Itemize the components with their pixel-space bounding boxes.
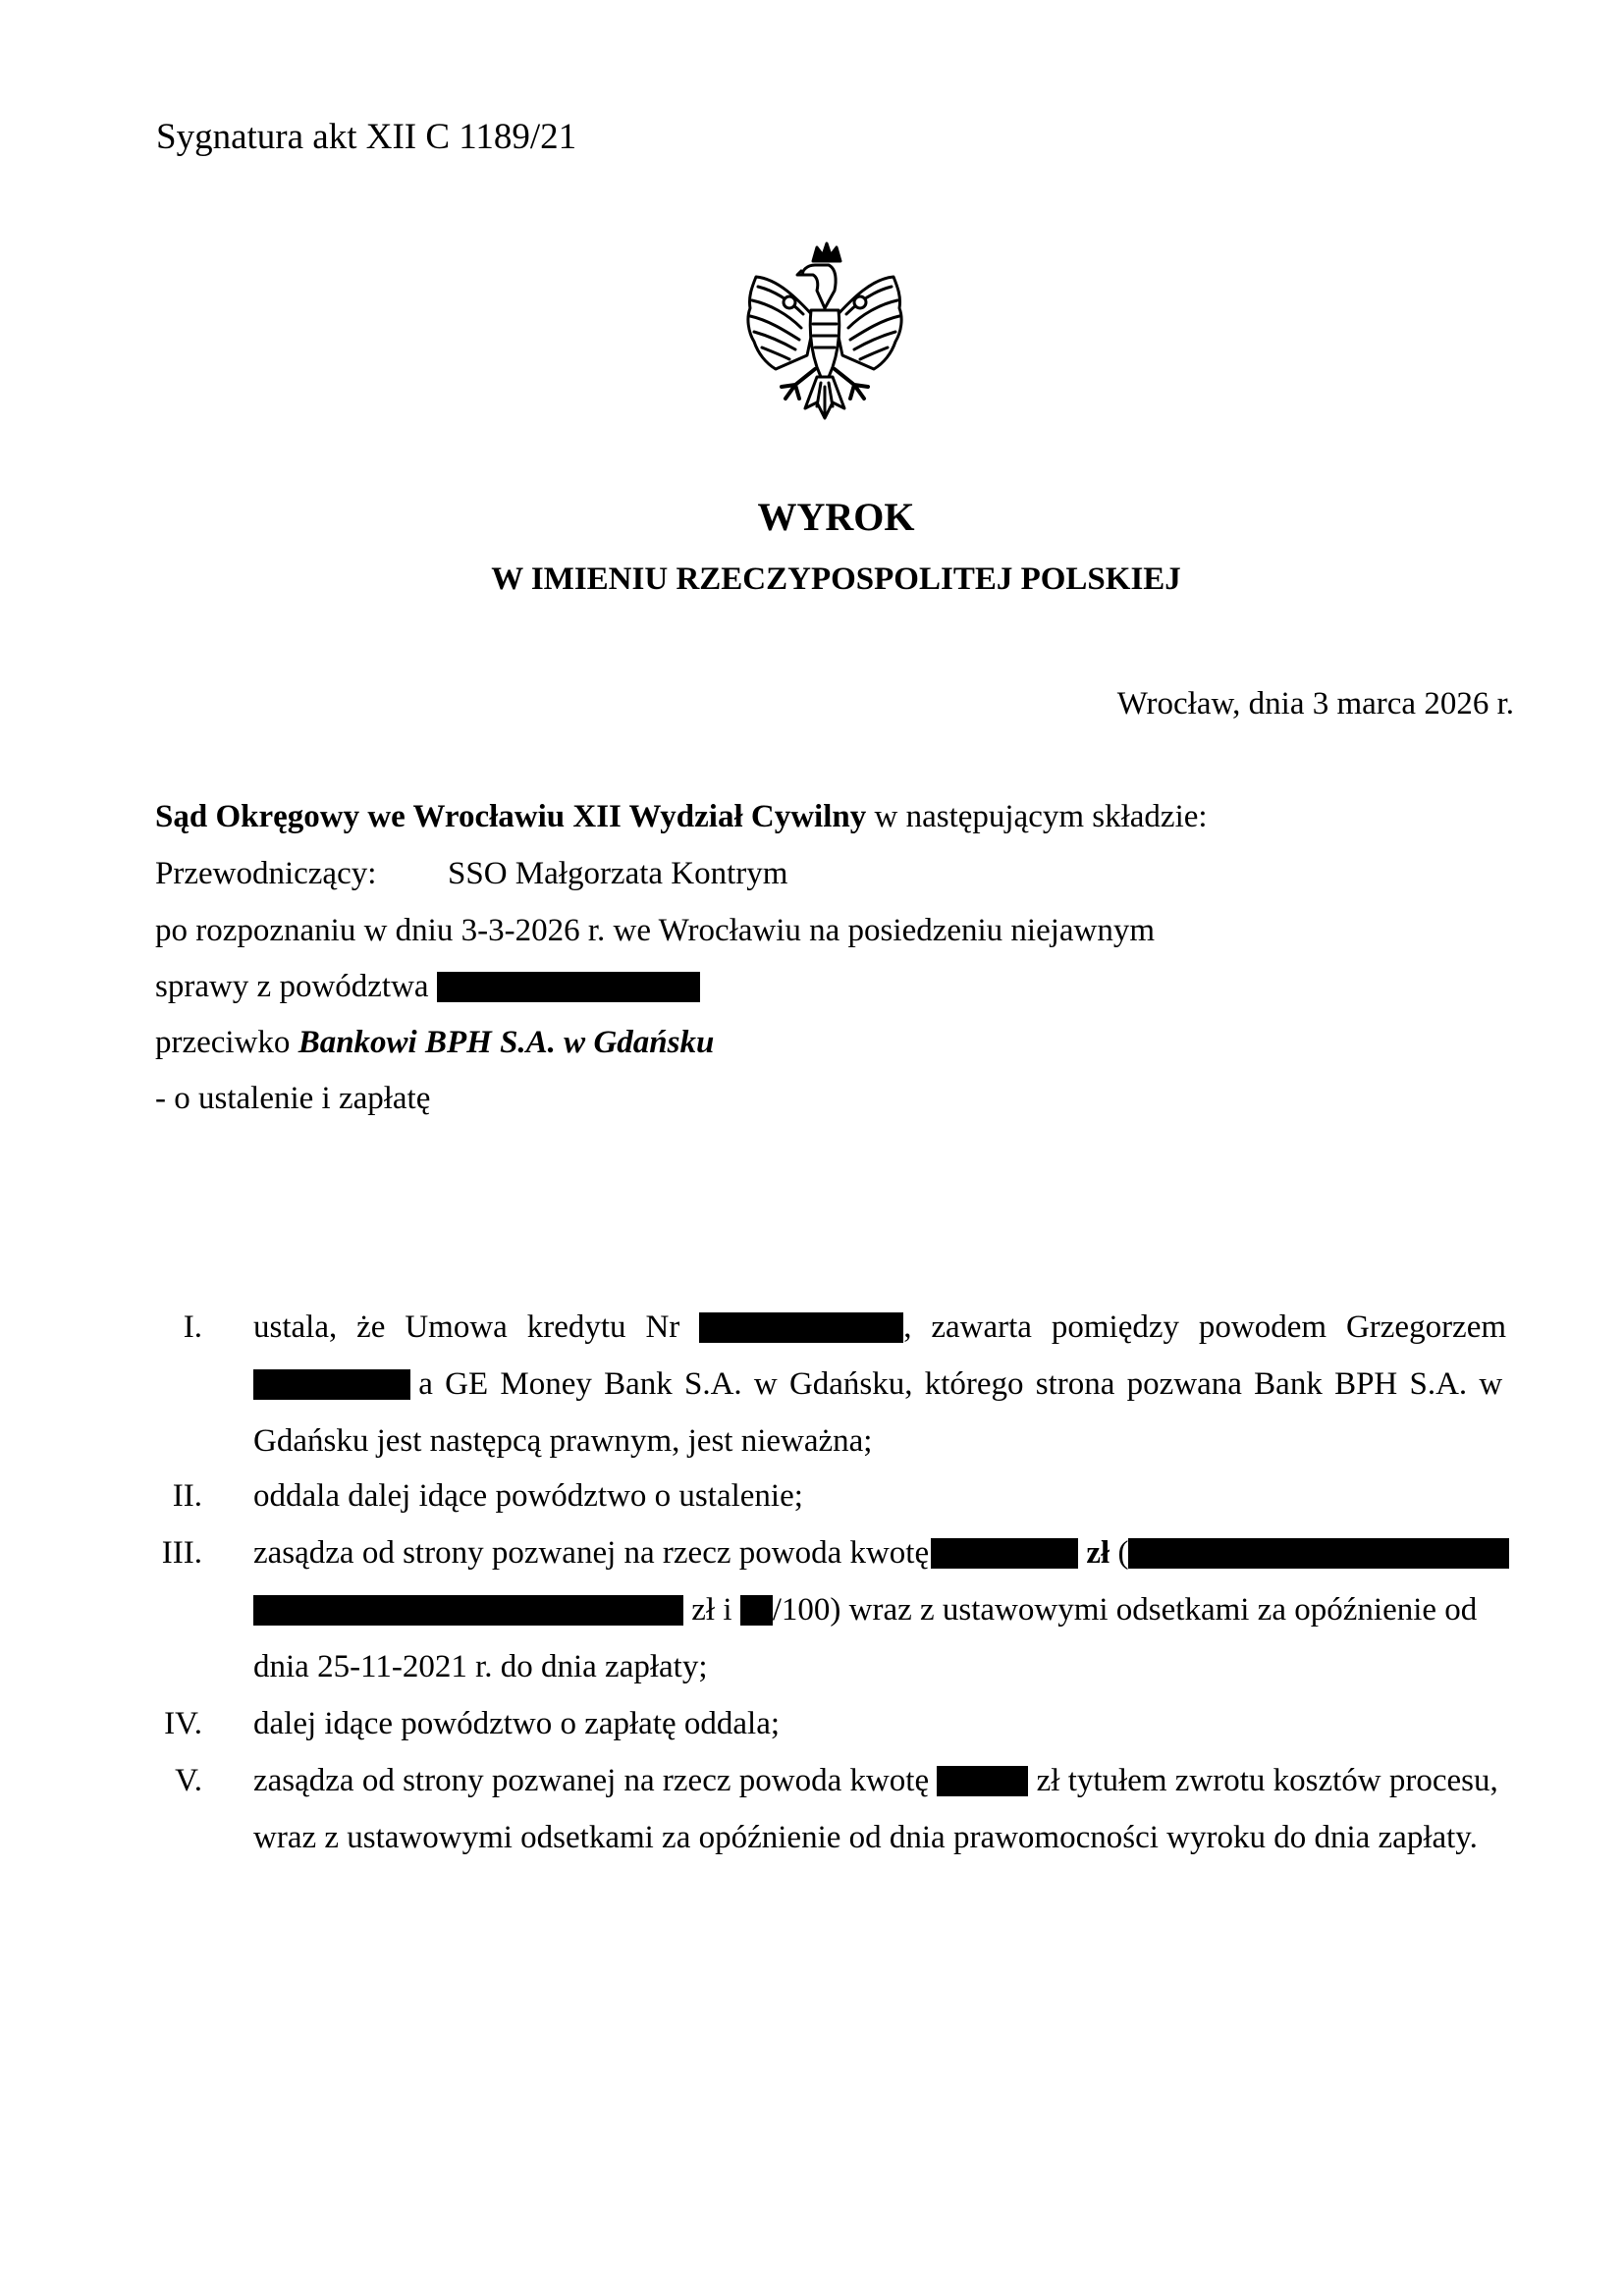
ruling-text: a GE Money Bank S.A. w Gdańsku, którego …: [418, 1364, 1502, 1404]
ruling-numeral: IV.: [151, 1704, 202, 1743]
ruling-numeral: V.: [151, 1761, 202, 1800]
ruling-line: ustala, że Umowa kredytu Nr , zawarta po…: [253, 1308, 1506, 1347]
plaintiff-line: sprawy z powództwa: [155, 967, 700, 1006]
ruling-text: zasądza od strony pozwanej na rzecz powo…: [253, 1535, 929, 1571]
ruling-text: /100) wraz z ustawowymi odsetkami za opó…: [773, 1592, 1478, 1628]
ruling-line: zasądza od strony pozwanej na rzecz powo…: [253, 1761, 1506, 1800]
court-composition: w następującym składzie:: [866, 799, 1207, 834]
ruling-line: dnia 25-11-2021 r. do dnia zapłaty;: [253, 1647, 1506, 1686]
redacted-amount-in-words: [1128, 1538, 1509, 1569]
ruling-line: Gdańsku jest następcą prawnym, jest niew…: [253, 1421, 1506, 1461]
ruling-line: wraz z ustawowymi odsetkami za opóźnieni…: [253, 1818, 1506, 1857]
redacted-plaintiff-surname: [253, 1369, 410, 1400]
ruling-text: (: [1117, 1535, 1128, 1571]
defendant-name: Bankowi BPH S.A. w Gdańsku: [298, 1025, 715, 1060]
ruling-line: dalej idące powództwo o zapłatę oddala;: [253, 1704, 1506, 1743]
ruling-numeral: II.: [151, 1476, 202, 1516]
ruling-text: ustala, że Umowa kredytu Nr: [253, 1309, 679, 1345]
ruling-text: , zawarta pomiędzy powodem Grzegorzem: [903, 1309, 1506, 1345]
ruling-line: a GE Money Bank S.A. w Gdańsku, którego …: [253, 1364, 1506, 1404]
ruling-numeral: III.: [151, 1533, 202, 1573]
place-date: Wrocław, dnia 3 marca 2026 r.: [1117, 684, 1514, 723]
redacted-plaintiff-name: [437, 972, 700, 1002]
ruling-numeral: I.: [151, 1308, 202, 1347]
redacted-grosze: [740, 1595, 773, 1626]
redacted-contract-number: [699, 1312, 903, 1343]
ruling-text: zł i: [691, 1592, 731, 1628]
redacted-costs-amount: [937, 1766, 1028, 1796]
plaintiff-prefix: sprawy z powództwa: [155, 969, 429, 1004]
defendant-line: przeciwko Bankowi BPH S.A. w Gdańsku: [155, 1023, 714, 1062]
ruling-line: zł i /100) wraz z ustawowymi odsetkami z…: [253, 1590, 1506, 1629]
ruling-line: zasądza od strony pozwanej na rzecz powo…: [253, 1533, 1506, 1573]
presiding-line: Przewodniczący: SSO Małgorzata Kontrym: [155, 854, 1039, 893]
presiding-judge: SSO Małgorzata Kontrym: [448, 854, 787, 893]
court-line: Sąd Okręgowy we Wrocławiu XII Wydział Cy…: [155, 797, 1208, 836]
defendant-prefix: przeciwko: [155, 1025, 298, 1060]
court-name: Sąd Okręgowy we Wrocławiu XII Wydział Cy…: [155, 799, 866, 834]
hearing-line: po rozpoznaniu w dniu 3-3-2026 r. we Wro…: [155, 911, 1155, 950]
ruling-text: zasądza od strony pozwanej na rzecz powo…: [253, 1763, 929, 1798]
case-signature: Sygnatura akt XII C 1189/21: [156, 116, 576, 159]
case-subject: - o ustalenie i zapłatę: [155, 1079, 430, 1118]
document-subtitle: W IMIENIU RZECZYPOSPOLITEJ POLSKIEJ: [0, 558, 1624, 601]
ruling-line: oddala dalej idące powództwo o ustalenie…: [253, 1476, 1506, 1516]
ruling-text: zł tytułem zwrotu kosztów procesu,: [1037, 1763, 1498, 1798]
document-title: WYROK: [0, 494, 1624, 541]
presiding-label: Przewodniczący:: [155, 856, 376, 891]
polish-eagle-emblem-icon: [738, 240, 911, 426]
currency-label: zł: [1086, 1535, 1110, 1571]
redacted-amount: [931, 1538, 1078, 1569]
redacted-amount-in-words: [253, 1595, 683, 1626]
